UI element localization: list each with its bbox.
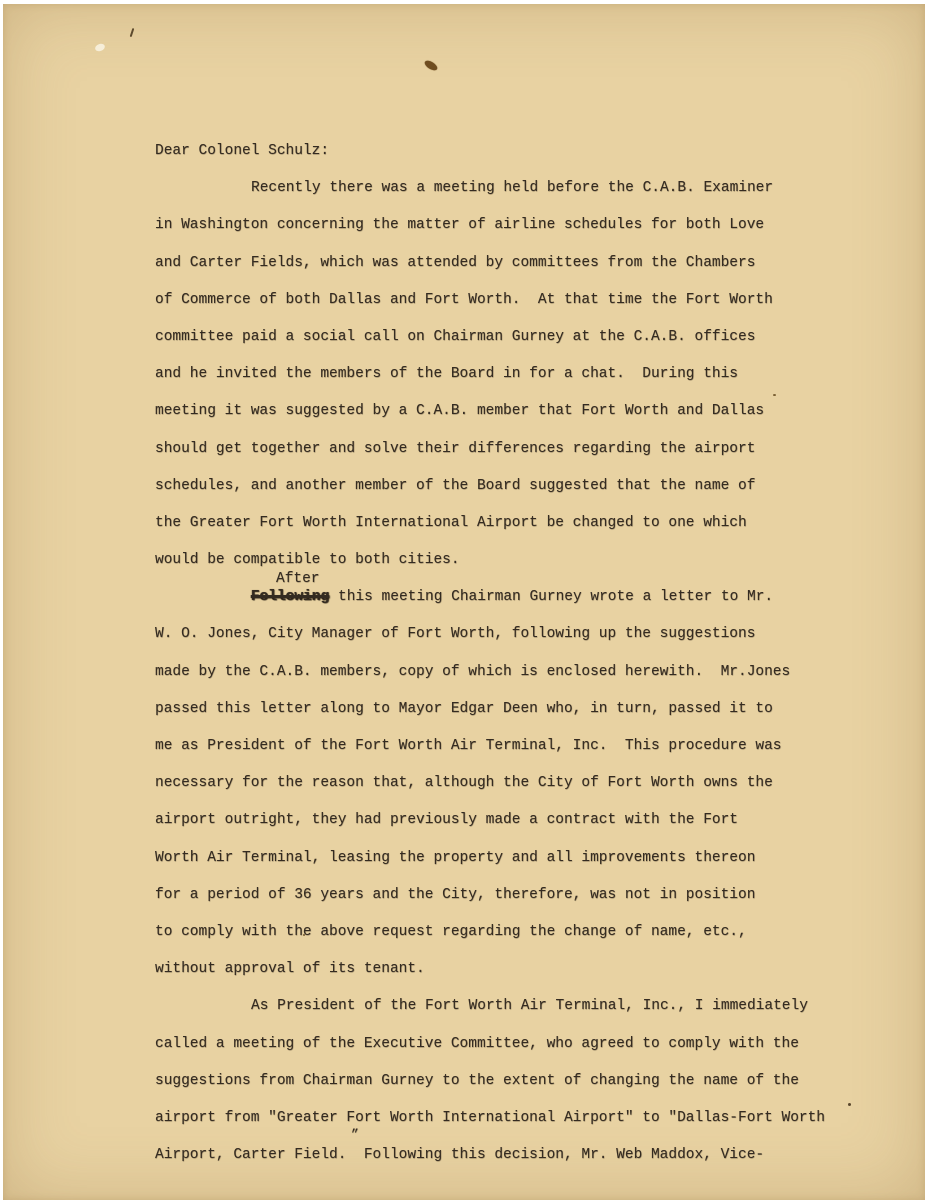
letter-line: passed this letter along to Mayor Edgar … (155, 702, 855, 739)
letter-line: Airport, Carter Field. Following this de… (155, 1148, 855, 1185)
letter-line: airport outright, they had previously ma… (155, 813, 855, 850)
letter-line: W. O. Jones, City Manager of Fort Worth,… (155, 627, 855, 664)
letter-line: and Carter Fields, which was attended by… (155, 256, 855, 293)
letter-line: necessary for the reason that, although … (155, 776, 855, 813)
paper-scratch (130, 28, 134, 37)
letter-line: suggestions from Chairman Gurney to the … (155, 1074, 855, 1111)
letter-line: committee paid a social call on Chairman… (155, 330, 855, 367)
letter-line: in Washington concerning the matter of a… (155, 218, 855, 255)
letter-line: without approval of its tenant. (155, 962, 855, 999)
paper-stain (423, 59, 439, 72)
letter-line: of Commerce of both Dallas and Fort Wort… (155, 293, 855, 330)
paper-speck (94, 43, 106, 53)
letter-line: Worth Air Terminal, leasing the property… (155, 851, 855, 888)
typed-correction-insert: After (155, 572, 855, 591)
letter-line: Recently there was a meeting held before… (155, 181, 855, 218)
letter-line: should get together and solve their diff… (155, 442, 855, 479)
line-text: this meeting Chairman Gurney wrote a let… (329, 589, 773, 605)
letter-body: Dear Colonel Schulz:Recently there was a… (155, 144, 855, 1185)
struck-word: Following (251, 589, 329, 605)
letter-paper: Dear Colonel Schulz:Recently there was a… (3, 4, 925, 1200)
letter-line: As President of the Fort Worth Air Termi… (155, 999, 855, 1036)
scan-edge (0, 0, 925, 4)
letter-line: for a period of 36 years and the City, t… (155, 888, 855, 925)
letter-line: schedules, and another member of the Boa… (155, 479, 855, 516)
letter-line: made by the C.A.B. members, copy of whic… (155, 665, 855, 702)
salutation-line: Dear Colonel Schulz: (155, 144, 855, 181)
letter-line: meeting it was suggested by a C.A.B. mem… (155, 404, 855, 441)
letter-line: and he invited the members of the Board … (155, 367, 855, 404)
letter-line: to comply with the above request regardi… (155, 925, 855, 962)
inserted-quote-mark: ” (155, 1128, 855, 1148)
letter-line: the Greater Fort Worth International Air… (155, 516, 855, 553)
letter-line: called a meeting of the Executive Commit… (155, 1037, 855, 1074)
letter-line: me as President of the Fort Worth Air Te… (155, 739, 855, 776)
letter-line: Following this meeting Chairman Gurney w… (155, 590, 855, 627)
